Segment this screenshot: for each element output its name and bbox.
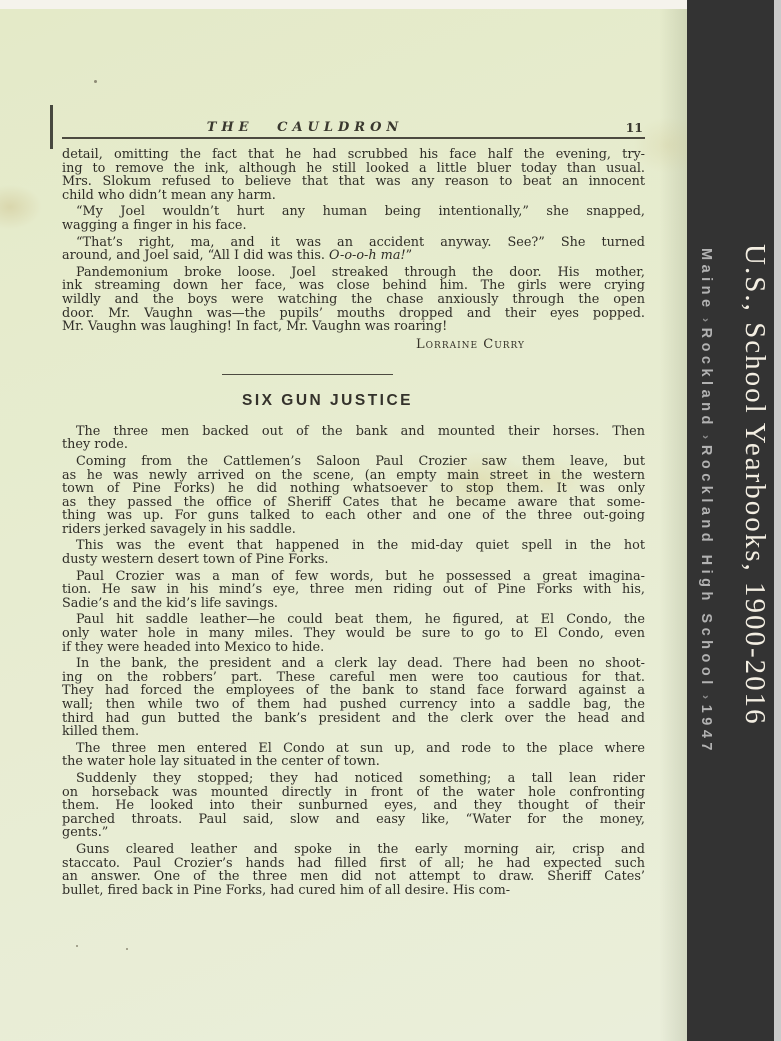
yearbook-page-scan[interactable]: THE CAULDRON 11 detail, omitting the fac… xyxy=(0,0,687,1041)
section-divider xyxy=(222,374,393,375)
story-first-continued: detail, omitting the fact that he had sc… xyxy=(62,148,645,334)
paragraph: Guns cleared leather and spoke in the ea… xyxy=(62,843,645,897)
text-line: Suddenly they stopped; they had noticed … xyxy=(62,772,645,786)
text-line: Guns cleared leather and spoke in the ea… xyxy=(62,843,645,857)
scan-artifact-mark xyxy=(50,105,53,149)
paragraph: This was the event that happened in the … xyxy=(62,539,645,566)
running-header: THE CAULDRON 11 xyxy=(62,113,645,137)
text-line: wagging a finger in his face. xyxy=(62,219,645,233)
text-line: wildly and the boys were watching the ch… xyxy=(62,293,645,307)
text-line: staccato. Paul Crozier’s hands had fille… xyxy=(62,857,645,871)
text-line: riders jerked savagely in his saddle. xyxy=(62,523,645,537)
text-line: In the bank, the president and a clerk l… xyxy=(62,657,645,671)
chevron-separator-icon: › xyxy=(699,695,713,699)
scan-top-edge xyxy=(0,0,687,9)
scan-speck xyxy=(126,948,128,950)
text-line: they rode. xyxy=(62,438,645,452)
text-line: ing to remove the ink, although he still… xyxy=(62,162,645,176)
journal-title: THE CAULDRON xyxy=(62,120,548,135)
breadcrumb-item-city[interactable]: Rockland xyxy=(698,328,714,429)
text-line: ink streaming down her face, was close b… xyxy=(62,279,645,293)
text-line: Mr. Vaughn was laughing! In fact, Mr. Va… xyxy=(62,320,645,334)
story-title: SIX GUN JUSTICE xyxy=(62,392,593,410)
paragraph: The three men entered El Condo at sun up… xyxy=(62,742,645,769)
breadcrumb-item-state[interactable]: Maine xyxy=(698,248,714,312)
text-line: town of Pine Forks) he did nothing whats… xyxy=(62,482,645,496)
paragraph: “That’s right, ma, and it was an acciden… xyxy=(62,236,645,263)
text-line: They had forced the employees of the ban… xyxy=(62,684,645,698)
breadcrumb: Maine›Rockland›Rockland High School›1947 xyxy=(697,248,713,755)
breadcrumb-item-school[interactable]: Rockland High School xyxy=(698,445,714,689)
text-line: parched throats. Paul said, slow and eas… xyxy=(62,813,645,827)
text-line: child who didn’t mean any harm. xyxy=(62,189,645,203)
right-edge-strip xyxy=(774,0,781,1041)
chevron-separator-icon: › xyxy=(699,435,713,439)
page-number: 11 xyxy=(626,120,643,135)
text-line: killed them. xyxy=(62,725,645,739)
text-line: wall; then while two of them had pushed … xyxy=(62,698,645,712)
scan-speck xyxy=(76,945,78,947)
breadcrumb-item-year[interactable]: 1947 xyxy=(698,705,714,755)
paragraph: Pandemonium broke loose. Joel streaked t… xyxy=(62,266,645,334)
text-line: third had gun butted the bank’s presiden… xyxy=(62,712,645,726)
text-line: “That’s right, ma, and it was an acciden… xyxy=(62,236,645,250)
text-line: Sadie’s and the kid’s life savings. xyxy=(62,597,645,611)
header-rule xyxy=(62,137,645,139)
text-line: if they were headed into Mexico to hide. xyxy=(62,641,645,655)
text-line: door. Mr. Vaughn was—the pupils’ mouths … xyxy=(62,307,645,321)
collection-title[interactable]: U.S., School Yearbooks, 1900-2016 xyxy=(738,244,770,726)
story-six-gun-justice: The three men backed out of the bank and… xyxy=(62,425,645,898)
text-line: bullet, fired back in Pine Forks, had cu… xyxy=(62,884,645,898)
text-line: Mrs. Slokum refused to believe that that… xyxy=(62,175,645,189)
text-line: This was the event that happened in the … xyxy=(62,539,645,553)
text-line: as they passed the office of Sheriff Cat… xyxy=(62,496,645,510)
text-line: gents.” xyxy=(62,826,645,840)
author-byline: Lorraine Curry xyxy=(62,337,645,352)
text-line: “My Joel wouldn’t hurt any human being i… xyxy=(62,205,645,219)
paragraph: Paul hit saddle leather—he could beat th… xyxy=(62,613,645,654)
text-line: thing was up. For guns talked to each ot… xyxy=(62,509,645,523)
text-line: The three men backed out of the bank and… xyxy=(62,425,645,439)
paragraph: Suddenly they stopped; they had noticed … xyxy=(62,772,645,840)
paragraph: “My Joel wouldn’t hurt any human being i… xyxy=(62,205,645,232)
text-line: Coming from the Cattlemen’s Saloon Paul … xyxy=(62,455,645,469)
text-line: as he was newly arrived on the scene, (a… xyxy=(62,469,645,483)
text-line: ing on the robbers’ part. These careful … xyxy=(62,671,645,685)
paragraph: detail, omitting the fact that he had sc… xyxy=(62,148,645,202)
paragraph: In the bank, the president and a clerk l… xyxy=(62,657,645,739)
paragraph: The three men backed out of the bank and… xyxy=(62,425,645,452)
printed-page-content: THE CAULDRON 11 detail, omitting the fac… xyxy=(62,113,645,897)
text-line: on horseback was mounted directly in fro… xyxy=(62,786,645,800)
text-line: around, and Joel said, “All I did was th… xyxy=(62,249,645,263)
text-line: an answer. One of the three men did not … xyxy=(62,870,645,884)
text-line: tion. He saw in his mind’s eye, three me… xyxy=(62,583,645,597)
text-line: Pandemonium broke loose. Joel streaked t… xyxy=(62,266,645,280)
paragraph: Coming from the Cattlemen’s Saloon Paul … xyxy=(62,455,645,537)
text-line: The three men entered El Condo at sun up… xyxy=(62,742,645,756)
text-line: dusty western desert town of Pine Forks. xyxy=(62,553,645,567)
text-line: Paul hit saddle leather—he could beat th… xyxy=(62,613,645,627)
text-line: the water hole lay situated in the cente… xyxy=(62,755,645,769)
text-line: Paul Crozier was a man of few words, but… xyxy=(62,570,645,584)
paragraph: Paul Crozier was a man of few words, but… xyxy=(62,570,645,611)
scan-speck xyxy=(94,80,97,83)
text-line: only water hole in many miles. They woul… xyxy=(62,627,645,641)
text-line: them. He looked into their sunburned eye… xyxy=(62,799,645,813)
text-line: detail, omitting the fact that he had sc… xyxy=(62,148,645,162)
chevron-separator-icon: › xyxy=(699,318,713,322)
collection-side-rail: Maine›Rockland›Rockland High School›1947… xyxy=(687,0,774,1041)
